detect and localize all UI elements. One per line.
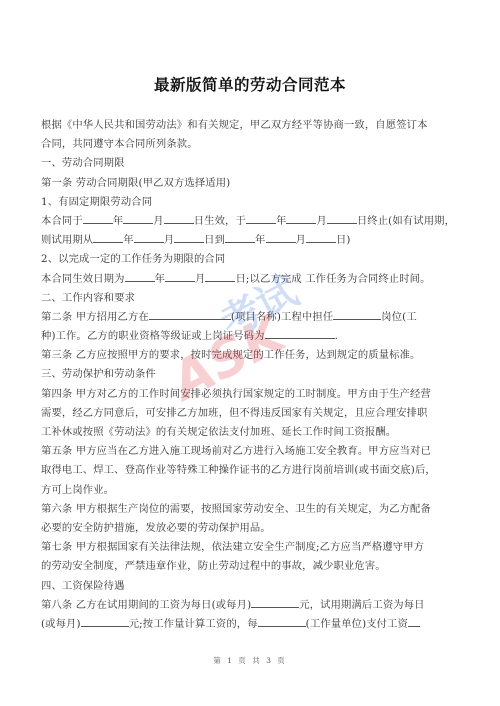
fill-line: 种)工作。乙方的职业资格等级证或上岗证号码为. — [41, 327, 465, 346]
paragraph-line: 第三条 乙方应按照甲方的要求，按时完成规定的工作任务，达到规定的质量标准。 — [41, 346, 465, 365]
paragraph-line: 第七条 甲方根据国家有关法律法规，依法建立安全生产制度;乙方应当严格遵守甲方 — [41, 538, 465, 557]
page-number: 第 1 页 共 3 页 — [0, 655, 500, 666]
blank-field — [266, 231, 296, 243]
paragraph-line: 取得电工、焊工、登高作业等特殊工种操作证书的乙方进行岗前培训(或书面交底)后， — [41, 461, 465, 480]
text: 则试用期从 — [41, 234, 93, 246]
paragraph-line: 必要的安全防护措施，发放必要的劳动保护用品。 — [41, 519, 465, 538]
text: 年 — [123, 234, 133, 246]
text: 日到 — [204, 234, 225, 246]
blank-field — [81, 615, 129, 627]
blank-field — [83, 212, 113, 224]
text: 元;按工作量计算工资的，每 — [129, 618, 258, 630]
text: 本合同生效日期为 — [41, 273, 125, 285]
document-page: 最新版简单的劳动合同范本 根据《中华人民共和国劳动法》和有关规定，甲乙双方经平等… — [0, 0, 500, 706]
paragraph-line: 第五条 甲方应当在乙方进入施工现场前对乙方进行入场施工安全教育。甲方应当对已 — [41, 442, 465, 461]
fill-line: (或每月)元;按工作量计算工资的，每(工作量单位)支付工资 — [41, 615, 465, 634]
text: 岗位(工 — [381, 311, 417, 323]
paragraph-line: 的劳动安全制度，严禁违章作业，防止劳动过程中的事故，减少职业危害。 — [41, 557, 465, 576]
text: 第八条 乙方在试用期间的工资为每日(或每月) — [41, 599, 251, 611]
paragraph-line: 根据《中华人民共和国劳动法》和有关规定，甲乙双方经平等协商一致，自愿签订本 — [41, 116, 465, 135]
text: 元，试用期满后工资为每日 — [299, 599, 424, 611]
text: 月 — [195, 273, 205, 285]
blank-field — [165, 270, 195, 282]
blank-field — [225, 231, 255, 243]
blank-field — [265, 327, 335, 339]
text: 月 — [316, 215, 326, 227]
section-heading: 一、劳动合同期限 — [41, 154, 465, 173]
text: (或每月) — [41, 618, 81, 630]
text: 年 — [276, 215, 286, 227]
blank-field — [164, 212, 194, 224]
document-title: 最新版简单的劳动合同范本 — [0, 73, 500, 95]
paragraph-line: 方可上岗作业。 — [41, 481, 465, 500]
fill-line: 第二条 甲方招用乙方在(项目名称)工程中担任岗位(工 — [41, 308, 465, 327]
text: 年 — [113, 215, 123, 227]
text: 年 — [255, 234, 265, 246]
subsection-heading: 1、有固定期限劳动合同 — [41, 193, 465, 212]
blank-field — [286, 212, 316, 224]
blank-field — [408, 615, 420, 627]
blank-field — [123, 212, 153, 224]
blank-field — [333, 308, 381, 320]
text: 第二条 甲方招用乙方在 — [41, 311, 149, 323]
text: 日终止(如有试用期， — [357, 215, 455, 227]
text: . — [335, 330, 338, 342]
section-heading: 四、工资保险待遇 — [41, 577, 465, 596]
paragraph-line: 需要，经乙方同意后，可安排乙方加班，但不得违反国家有关规定，且应合理安排职 — [41, 404, 465, 423]
blank-field — [93, 231, 123, 243]
subsection-heading: 2、以完成一定的工作任务为期限的合同 — [41, 250, 465, 269]
text: 种)工作。乙方的职业资格等级证或上岗证号码为 — [41, 330, 265, 342]
paragraph-line: 第四条 甲方对乙方的工作时间安排必须执行国家规定的工时制度。甲方由于生产经营 — [41, 385, 465, 404]
fill-line: 第八条 乙方在试用期间的工资为每日(或每月)元，试用期满后工资为每日 — [41, 596, 465, 615]
section-heading: 二、工作内容和要求 — [41, 289, 465, 308]
paragraph-line: 第六条 甲方根据生产岗位的需要，按照国家劳动安全、卫生的有关规定，为乙方配备 — [41, 500, 465, 519]
article-heading: 第一条 劳动合同期限(甲乙双方选择适用) — [41, 174, 465, 193]
blank-field — [134, 231, 164, 243]
blank-field — [149, 308, 231, 320]
blank-field — [251, 596, 299, 608]
text: 月 — [164, 234, 174, 246]
text: 月 — [296, 234, 306, 246]
date-fill-line: 本合同于年月日生效，于年月日终止(如有试用期， — [41, 212, 465, 231]
text: 年 — [155, 273, 165, 285]
text: 本合同于 — [41, 215, 83, 227]
section-heading: 三、劳动保护和劳动条件 — [41, 365, 465, 384]
text: 日生效，于 — [194, 215, 246, 227]
text: 日) — [336, 234, 351, 246]
date-fill-line: 本合同生效日期为年月日;以乙方完成 工作任务为合同终止时间。 — [41, 270, 465, 289]
blank-field — [306, 231, 336, 243]
blank-field — [125, 270, 155, 282]
text: (项目名称)工程中担任 — [231, 311, 333, 323]
blank-field — [205, 270, 235, 282]
text: (工作量单位)支付工资 — [306, 618, 408, 630]
paragraph-line: 工补休或按照《劳动法》的有关规定依法支付加班、延长工作时间工资报酬。 — [41, 423, 465, 442]
document-body: 根据《中华人民共和国劳动法》和有关规定，甲乙双方经平等协商一致，自愿签订本 合同… — [41, 116, 465, 634]
text: 月 — [153, 215, 163, 227]
text: 日;以乙方完成 工作任务为合同终止时间。 — [235, 273, 430, 285]
blank-field — [246, 212, 276, 224]
date-fill-line: 则试用期从年月日到年月日) — [41, 231, 465, 250]
blank-field — [258, 615, 306, 627]
blank-field — [174, 231, 204, 243]
paragraph-line: 合同，共同遵守本合同所列条款。 — [41, 135, 465, 154]
blank-field — [327, 212, 357, 224]
